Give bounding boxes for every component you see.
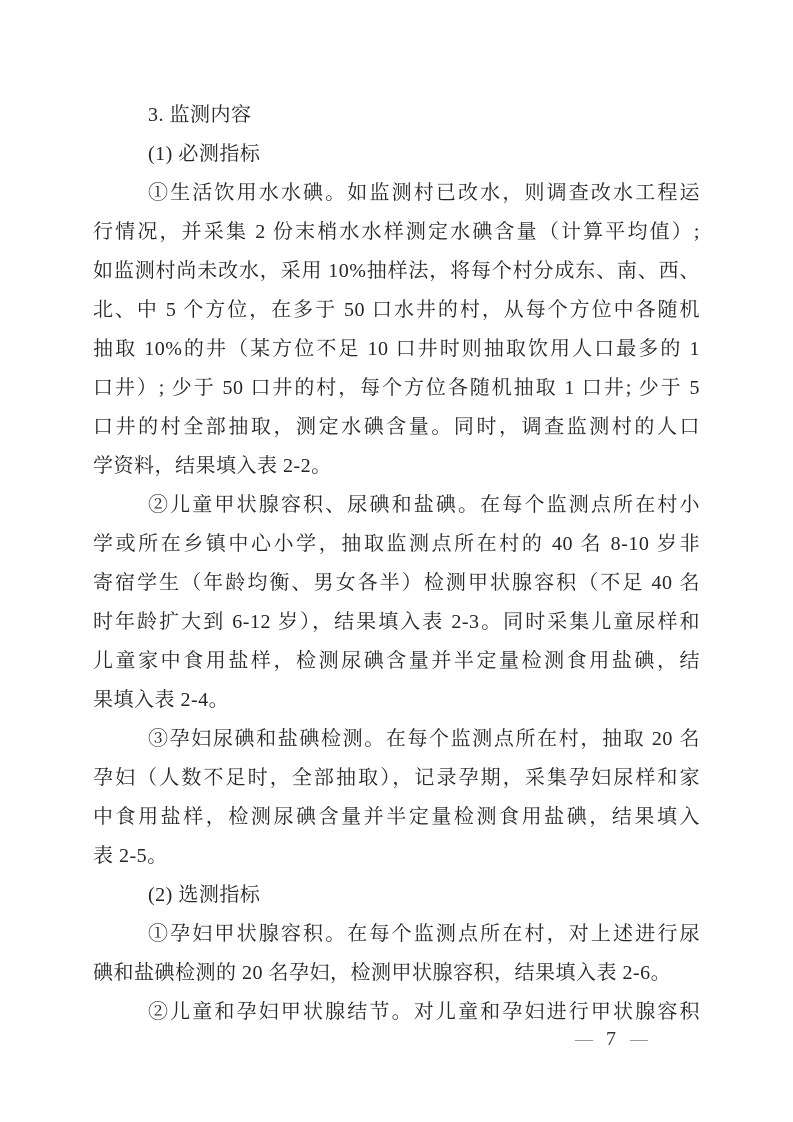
footer-dash-left: — [575, 1029, 592, 1049]
document-line: 儿童家中食用盐样，检测尿碘含量并半定量检测食用盐碘，结 [93, 642, 700, 681]
document-line: 抽取 10%的井（某方位不足 10 口井时则抽取饮用人口最多的 1 [93, 330, 700, 369]
document-line: 孕妇（人数不足时，全部抽取），记录孕期，采集孕妇尿样和家 [93, 759, 700, 798]
document-line: 北、中 5 个方位，在多于 50 口水井的村，从每个方位中各随机 [93, 291, 700, 330]
document-line: ①生活饮用水水碘。如监测村已改水，则调查改水工程运 [93, 174, 700, 213]
document-line: 果填入表 2-4。 [93, 681, 700, 720]
page-number: 7 [606, 1028, 616, 1050]
document-line: 行情况，并采集 2 份末梢水水样测定水碘含量（计算平均值）; [93, 213, 700, 252]
document-line: 如监测村尚未改水，采用 10%抽样法，将每个村分成东、南、西、 [93, 252, 700, 291]
document-line: ②儿童甲状腺容积、尿碘和盐碘。在每个监测点所在村小 [93, 486, 700, 525]
document-line: 口井的村全部抽取，测定水碘含量。同时，调查监测村的人口 [93, 408, 700, 447]
document-line: (2) 选测指标 [93, 876, 700, 915]
document-line: 中食用盐样，检测尿碘含量并半定量检测食用盐碘，结果填入 [93, 798, 700, 837]
document-line: 表 2-5。 [93, 837, 700, 876]
document-line: (1) 必测指标 [93, 135, 700, 174]
document-line: ③孕妇尿碘和盐碘检测。在每个监测点所在村，抽取 20 名 [93, 720, 700, 759]
document-line: 3. 监测内容 [93, 96, 700, 135]
document-line: 学或所在乡镇中心小学，抽取监测点所在村的 40 名 8-10 岁非 [93, 525, 700, 564]
page-footer: —7— [575, 1026, 647, 1052]
document-line: 口井）; 少于 50 口井的村，每个方位各随机抽取 1 口井; 少于 5 [93, 369, 700, 408]
document-line: ①孕妇甲状腺容积。在每个监测点所在村，对上述进行尿 [93, 915, 700, 954]
document-page: 3. 监测内容(1) 必测指标①生活饮用水水碘。如监测村已改水，则调查改水工程运… [0, 0, 793, 1122]
document-line: 碘和盐碘检测的 20 名孕妇，检测甲状腺容积，结果填入表 2-6。 [93, 954, 700, 993]
document-line: 学资料，结果填入表 2-2。 [93, 447, 700, 486]
footer-dash-right: — [630, 1029, 647, 1049]
document-line: 寄宿学生（年龄均衡、男女各半）检测甲状腺容积（不足 40 名 [93, 564, 700, 603]
document-body: 3. 监测内容(1) 必测指标①生活饮用水水碘。如监测村已改水，则调查改水工程运… [93, 96, 700, 1032]
document-line: 时年龄扩大到 6-12 岁），结果填入表 2-3。同时采集儿童尿样和 [93, 603, 700, 642]
